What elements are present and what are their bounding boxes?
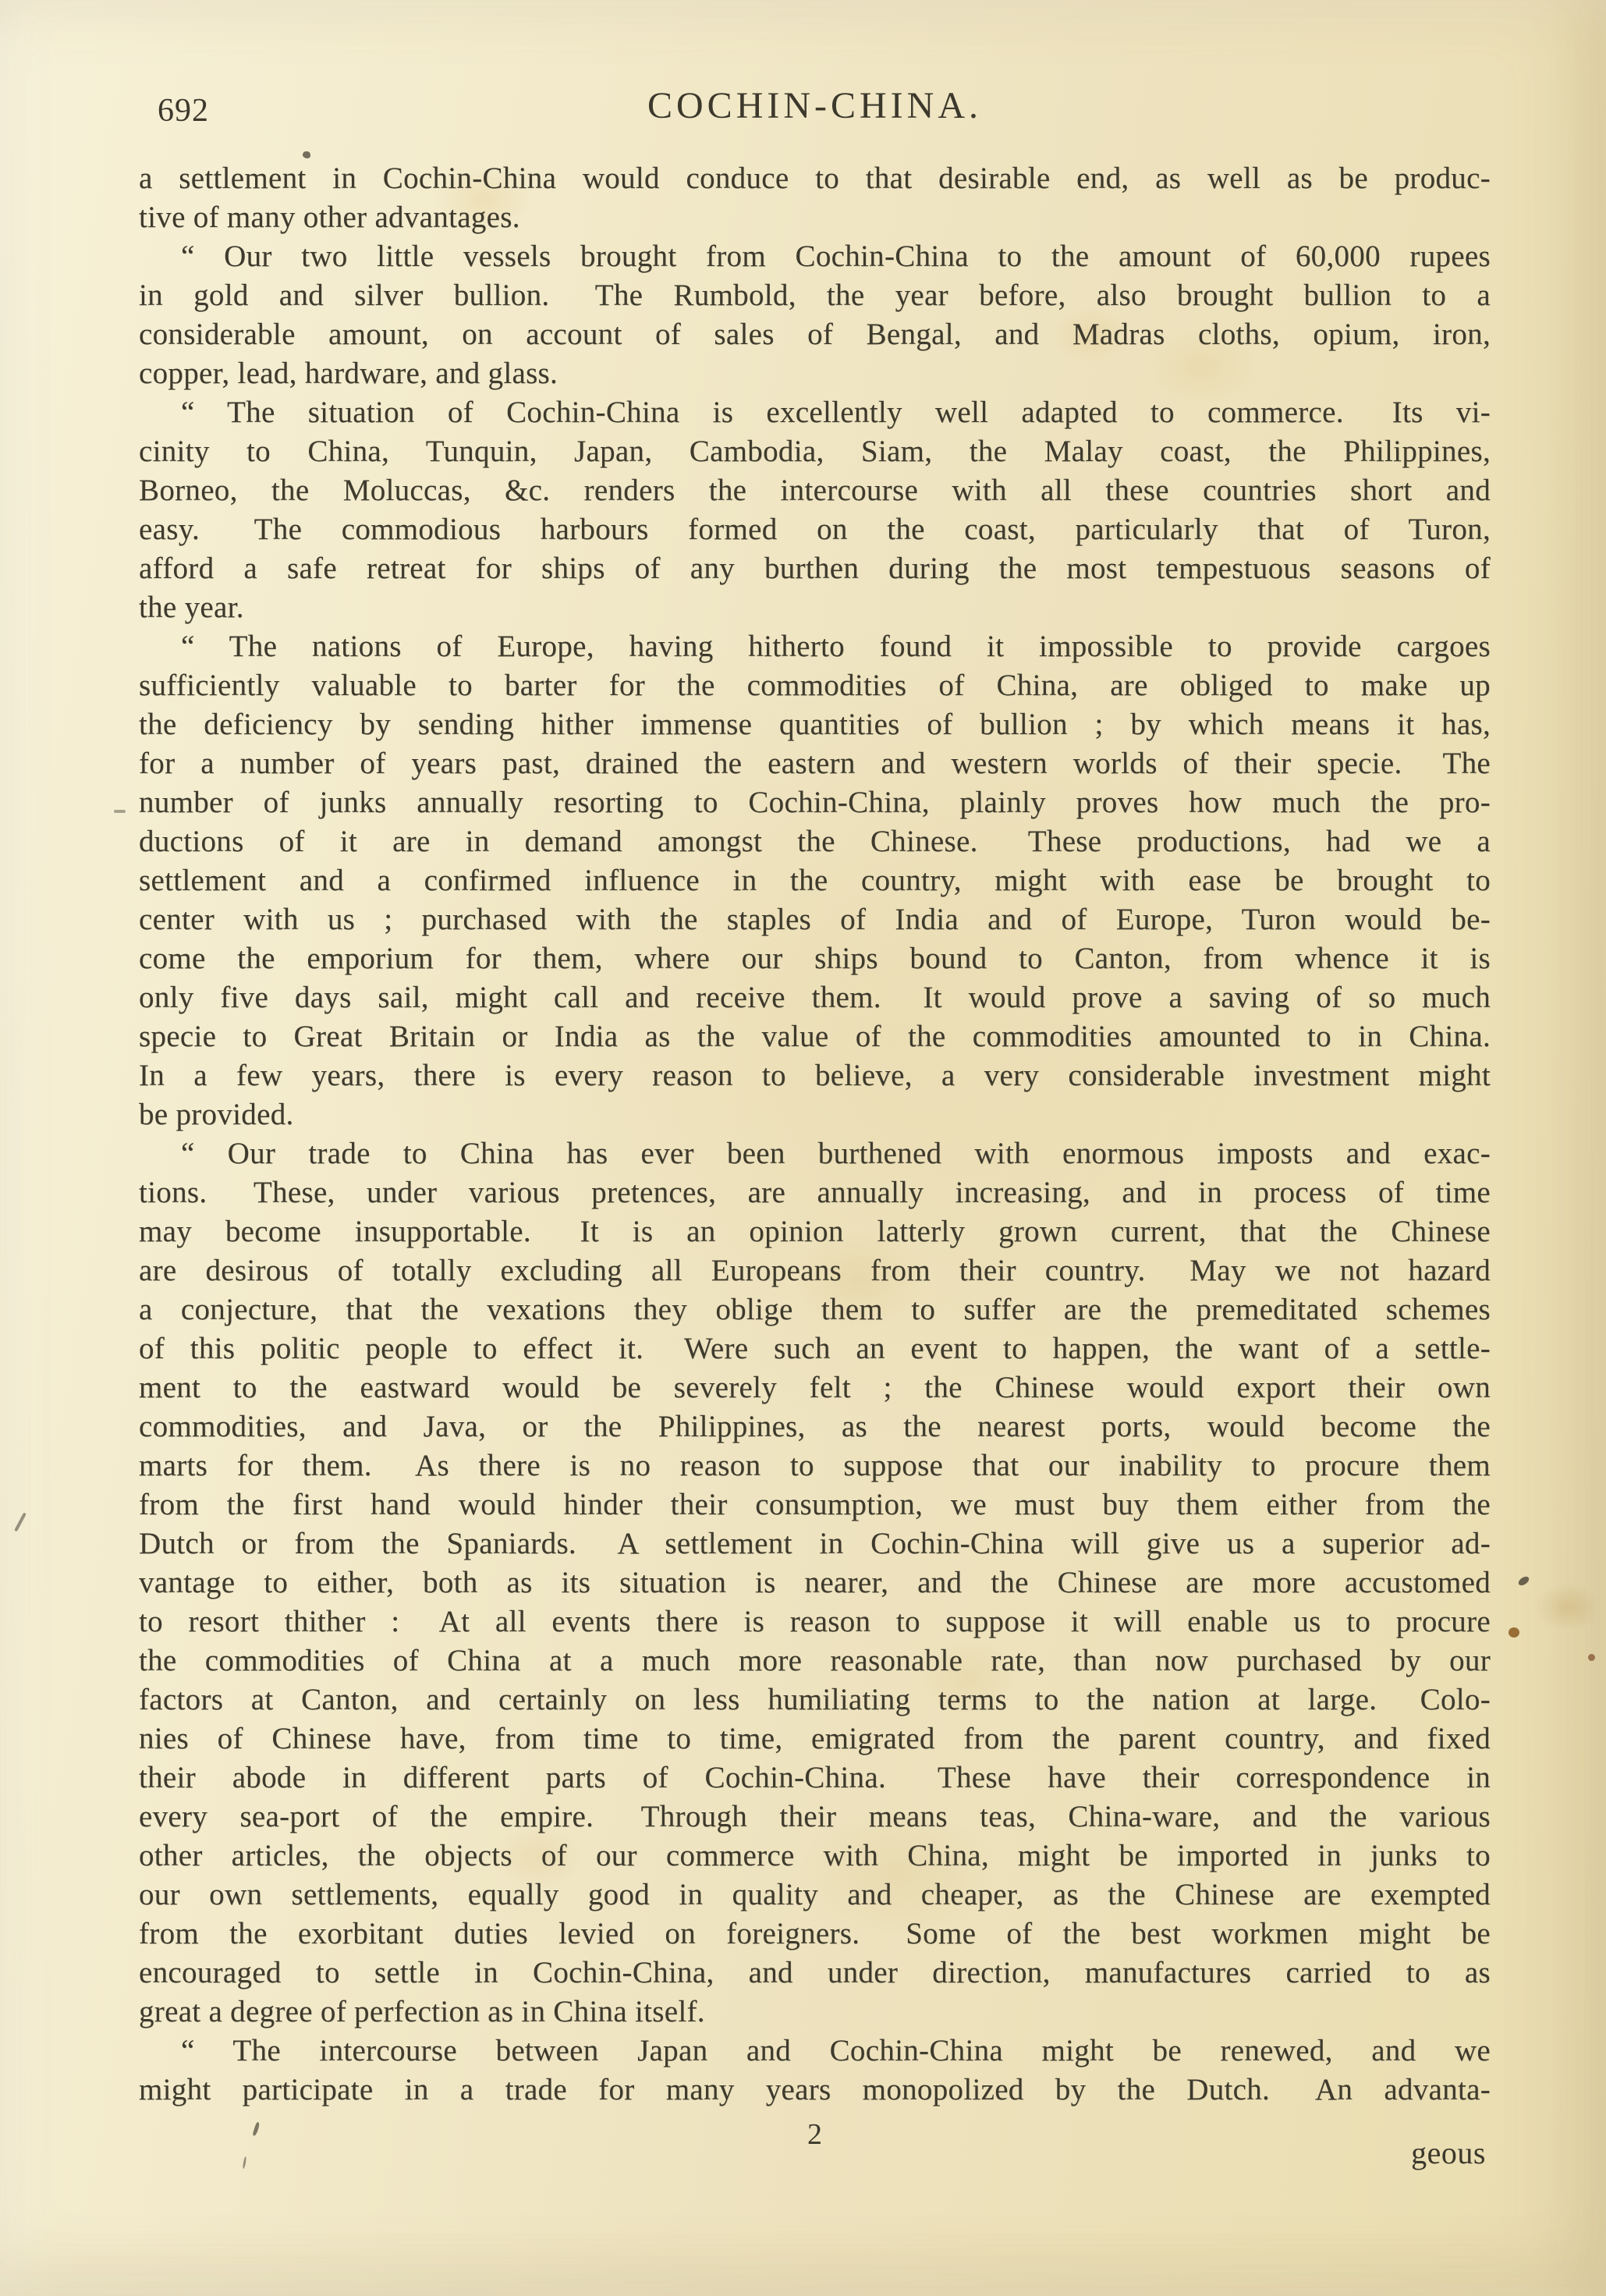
scanned-book-page: 692 COCHIN-CHINA. a settlement in Cochin… — [0, 0, 1606, 2296]
text-line: may become insupportable. It is an opini… — [139, 1212, 1491, 1251]
text-line: settlement and a confirmed influence in … — [139, 861, 1491, 900]
text-line: “ Our two little vessels brought from Co… — [139, 237, 1491, 276]
text-line: encouraged to settle in Cochin-China, an… — [139, 1954, 1491, 1993]
text-line: center with us ; purchased with the stap… — [139, 900, 1491, 939]
text-line: be provided. — [139, 1095, 1491, 1134]
text-block: a settlement in Cochin-China would condu… — [139, 159, 1491, 2110]
text-line: Borneo, the Moluccas, &c. renders the in… — [139, 471, 1491, 510]
text-line: nies of Chinese have, from time to time,… — [139, 1719, 1491, 1758]
signature-mark: 2 — [139, 2117, 1491, 2152]
text-line: in gold and silver bullion. The Rumbold,… — [139, 276, 1491, 315]
text-line: “ The situation of Cochin-China is excel… — [139, 393, 1491, 432]
text-line: In a few years, there is every reason to… — [139, 1056, 1491, 1095]
text-line: “ The nations of Europe, having hitherto… — [139, 627, 1491, 666]
text-line: for a number of years past, drained the … — [139, 744, 1491, 783]
text-line: come the emporium for them, where our sh… — [139, 939, 1491, 978]
text-line: their abode in different parts of Cochin… — [139, 1758, 1491, 1797]
text-line: afford a safe retreat for ships of any b… — [139, 549, 1491, 588]
text-line: number of junks annually resorting to Co… — [139, 783, 1491, 822]
text-line: great a degree of perfection as in China… — [139, 1993, 1491, 2032]
text-line: sufficiently valuable to barter for the … — [139, 666, 1491, 705]
running-title: COCHIN-CHINA. — [139, 84, 1491, 128]
ink-speck — [303, 151, 310, 158]
ink-speck — [243, 2156, 247, 2169]
text-line: the commodities of China at a much more … — [139, 1641, 1491, 1680]
pen-mark — [14, 1513, 27, 1532]
text-line: only five days sail, might call and rece… — [139, 978, 1491, 1017]
text-line: to resort thither : At all events there … — [139, 1602, 1491, 1641]
text-line: a settlement in Cochin-China would condu… — [139, 159, 1491, 198]
text-line: marts for them. As there is no reason to… — [139, 1446, 1491, 1485]
text-line: “ The intercourse between Japan and Coch… — [139, 2032, 1491, 2071]
text-line: factors at Canton, and certainly on less… — [139, 1680, 1491, 1719]
ink-speck — [1517, 1575, 1530, 1588]
fox-spot — [1588, 1654, 1595, 1661]
page-header: 692 COCHIN-CHINA. — [139, 0, 1491, 156]
text-line: might participate in a trade for many ye… — [139, 2071, 1491, 2110]
text-line: of this politic people to effect it. Wer… — [139, 1329, 1491, 1368]
text-line: from the first hand would hinder their c… — [139, 1485, 1491, 1524]
text-line: the deficiency by sending hither immense… — [139, 705, 1491, 744]
text-line: considerable amount, on account of sales… — [139, 315, 1491, 354]
text-line: easy. The commodious harbours formed on … — [139, 510, 1491, 549]
text-line: a conjecture, that the vexations they ob… — [139, 1290, 1491, 1329]
text-line: tions. These, under various pretences, a… — [139, 1173, 1491, 1212]
text-line: copper, lead, hardware, and glass. — [139, 354, 1491, 393]
text-line: the year. — [139, 588, 1491, 627]
text-line: other articles, the objects of our comme… — [139, 1836, 1491, 1875]
text-line: tive of many other advantages. — [139, 198, 1491, 237]
text-line: cinity to China, Tunquin, Japan, Cambodi… — [139, 432, 1491, 471]
text-line: specie to Great Britain or India as the … — [139, 1017, 1491, 1056]
fox-spot — [1509, 1627, 1519, 1638]
ink-speck — [114, 810, 126, 813]
text-line: from the exorbitant duties levied on for… — [139, 1915, 1491, 1954]
text-line: ment to the eastward would be severely f… — [139, 1368, 1491, 1407]
text-line: are desirous of totally excluding all Eu… — [139, 1251, 1491, 1290]
text-line: Dutch or from the Spaniards. A settlemen… — [139, 1524, 1491, 1563]
text-line: vantage to either, both as its situation… — [139, 1563, 1491, 1602]
text-line: “ Our trade to China has ever been burth… — [139, 1134, 1491, 1173]
text-line: commodities, and Java, or the Philippine… — [139, 1407, 1491, 1446]
text-line: every sea-port of the empire. Through th… — [139, 1797, 1491, 1836]
text-line: our own settlements, equally good in qua… — [139, 1875, 1491, 1915]
catchword: geous — [1411, 2135, 1486, 2171]
text-line: ductions of it are in demand amongst the… — [139, 822, 1491, 861]
